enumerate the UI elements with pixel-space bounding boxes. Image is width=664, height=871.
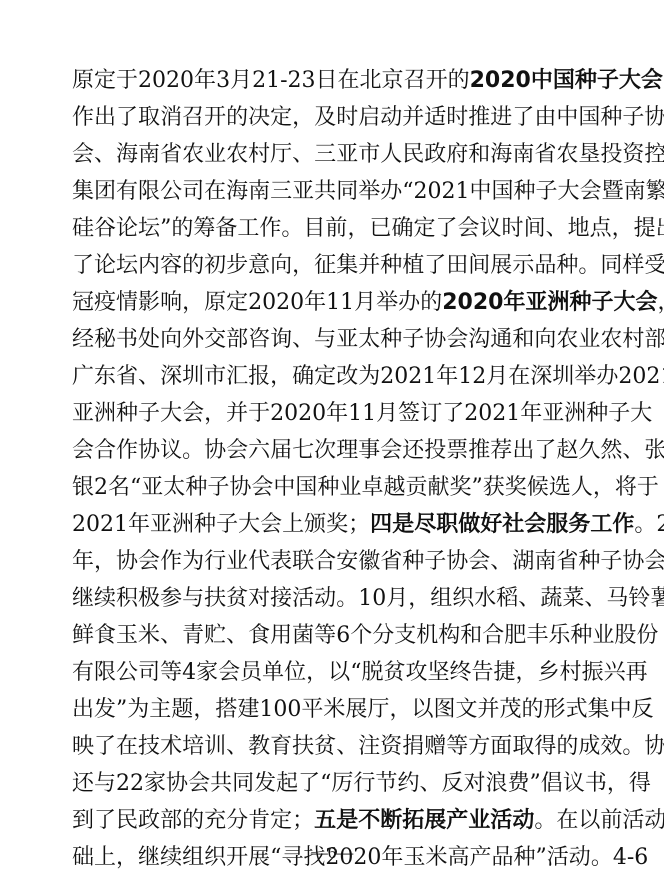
text-run: 中 bbox=[556, 99, 578, 136]
text-run: 出 bbox=[72, 691, 94, 728]
text-run: 种 bbox=[380, 321, 402, 358]
text-run: 南 bbox=[512, 136, 534, 173]
text-run: 在 bbox=[338, 62, 360, 99]
text-line: 鲜食玉米、青贮、食用菌等6个分支机构和合肥丰乐种业股份 bbox=[72, 617, 602, 654]
text-run: 间 bbox=[524, 210, 546, 247]
text-run: ， bbox=[607, 765, 629, 802]
text-run: 适 bbox=[424, 99, 446, 136]
text-run: 米 bbox=[323, 691, 345, 728]
text-run: 协 bbox=[446, 543, 468, 580]
text-run: 洲 bbox=[564, 395, 586, 432]
text-run: 水 bbox=[474, 580, 496, 617]
text-run: 文 bbox=[455, 691, 477, 728]
text-run: 份 bbox=[636, 617, 658, 654]
text-run: 组 bbox=[430, 580, 452, 617]
text-run: 种 bbox=[317, 469, 339, 506]
text-run: 南 bbox=[624, 173, 646, 210]
text-run: 子 bbox=[138, 395, 160, 432]
text-run: 。 bbox=[622, 728, 644, 765]
text-run: 向 bbox=[270, 247, 292, 284]
text-run: 展 bbox=[345, 691, 367, 728]
text-run: 茂 bbox=[500, 691, 522, 728]
text-run: 对 bbox=[464, 765, 486, 802]
text-run: 乐 bbox=[548, 617, 570, 654]
text-run: 于 bbox=[116, 62, 138, 99]
text-run: 协 bbox=[622, 543, 644, 580]
text-run: 京 bbox=[382, 62, 404, 99]
text-run: 种 bbox=[185, 469, 207, 506]
bold-text-run: 中 bbox=[531, 62, 553, 99]
text-run: 贮 bbox=[204, 617, 226, 654]
text-run: 初 bbox=[204, 247, 226, 284]
text-run: 确 bbox=[391, 210, 413, 247]
text-run: 了 bbox=[534, 432, 556, 469]
text-run: 告 bbox=[472, 654, 494, 691]
text-run: 集 bbox=[72, 173, 94, 210]
bold-text-run: 会 bbox=[641, 62, 663, 99]
text-run: 会 bbox=[182, 395, 204, 432]
text-run: 等 bbox=[446, 728, 468, 765]
text-run: 续 bbox=[94, 580, 116, 617]
text-run: 2021 bbox=[72, 506, 128, 543]
text-run: 公 bbox=[160, 173, 182, 210]
text-run: 、 bbox=[518, 580, 540, 617]
text-run: 定 bbox=[270, 99, 292, 136]
text-run: 司 bbox=[182, 173, 204, 210]
text-run: 育 bbox=[270, 728, 292, 765]
text-run: 疫 bbox=[94, 284, 116, 321]
bold-text-run: 职 bbox=[436, 506, 458, 543]
text-run: 论 bbox=[116, 210, 138, 247]
text-run: 作 bbox=[160, 543, 182, 580]
text-run: 报 bbox=[248, 358, 270, 395]
text-run: 七 bbox=[292, 432, 314, 469]
text-run: 会 bbox=[644, 543, 664, 580]
text-run: 种 bbox=[600, 99, 622, 136]
text-run: 取 bbox=[138, 99, 160, 136]
text-run: 动 bbox=[644, 802, 664, 839]
text-run: 协 bbox=[166, 765, 188, 802]
text-run: 洲 bbox=[94, 395, 116, 432]
text-run: 情 bbox=[116, 284, 138, 321]
text-run: 赵 bbox=[556, 432, 578, 469]
text-run: 厉 bbox=[331, 765, 353, 802]
text-run: 为 bbox=[182, 543, 204, 580]
bold-text-run: 四 bbox=[370, 506, 392, 543]
text-run: 南 bbox=[248, 173, 270, 210]
text-run: 薯 bbox=[650, 580, 664, 617]
text-run: 了 bbox=[116, 99, 138, 136]
text-run: 颁 bbox=[304, 506, 326, 543]
text-run: 农 bbox=[182, 136, 204, 173]
text-run: 协 bbox=[138, 432, 160, 469]
text-run: 子 bbox=[600, 543, 622, 580]
text-run: 到 bbox=[72, 802, 94, 839]
text-run: 市 bbox=[358, 136, 380, 173]
text-run: 2020 bbox=[270, 395, 326, 432]
text-run: 了 bbox=[442, 395, 464, 432]
text-run: 家 bbox=[144, 765, 166, 802]
text-run: 子 bbox=[536, 173, 558, 210]
text-run: 并 bbox=[226, 395, 248, 432]
text-run: 机 bbox=[416, 617, 438, 654]
text-run: 亚 bbox=[336, 321, 358, 358]
text-run: 农 bbox=[226, 136, 248, 173]
text-run: 于 bbox=[248, 395, 270, 432]
text-run: 和 bbox=[460, 617, 482, 654]
bold-text-run: 大 bbox=[619, 62, 641, 99]
bold-text-run: 大 bbox=[614, 284, 636, 321]
text-run: 的 bbox=[556, 728, 578, 765]
text-run: 乡 bbox=[538, 654, 560, 691]
text-run: ， bbox=[516, 654, 538, 691]
text-run: 2 bbox=[94, 469, 108, 506]
text-run: 限 bbox=[94, 654, 116, 691]
text-run: 暨 bbox=[602, 173, 624, 210]
text-run: 湖 bbox=[512, 543, 534, 580]
text-run: 人 bbox=[380, 136, 402, 173]
text-run: 三 bbox=[314, 136, 336, 173]
text-run: 中 bbox=[273, 469, 295, 506]
text-run: 肥 bbox=[504, 617, 526, 654]
text-run: 品 bbox=[534, 247, 556, 284]
text-run: 改 bbox=[336, 358, 358, 395]
text-run: 意 bbox=[248, 247, 270, 284]
text-run: ” bbox=[116, 691, 127, 728]
text-run: 已 bbox=[369, 210, 391, 247]
text-run: 沟 bbox=[468, 321, 490, 358]
text-run: 农 bbox=[556, 136, 578, 173]
text-run: 种 bbox=[402, 543, 424, 580]
text-run: 充 bbox=[204, 802, 226, 839]
text-run: 、 bbox=[138, 358, 160, 395]
text-run: 目 bbox=[303, 210, 325, 247]
text-run: ， bbox=[347, 210, 369, 247]
text-run: 还 bbox=[402, 432, 424, 469]
text-run: 洲 bbox=[172, 506, 194, 543]
bold-text-run: 洲 bbox=[547, 284, 569, 321]
text-run: 向 bbox=[160, 321, 182, 358]
text-run: 种 bbox=[578, 543, 600, 580]
text-run: 业 bbox=[204, 136, 226, 173]
text-run: ； bbox=[292, 802, 314, 839]
text-run: 的 bbox=[420, 284, 442, 321]
text-run: 21-23 bbox=[252, 62, 315, 99]
bold-text-run: 断 bbox=[380, 802, 402, 839]
text-run: 通 bbox=[490, 321, 512, 358]
text-run: 在 bbox=[116, 728, 138, 765]
text-run: 协 bbox=[116, 543, 138, 580]
text-run: 再 bbox=[626, 654, 648, 691]
text-run: 亚 bbox=[336, 136, 358, 173]
text-run: 平 bbox=[301, 691, 323, 728]
text-run: 10 bbox=[358, 580, 386, 617]
text-run: 子 bbox=[622, 99, 644, 136]
text-run: 太 bbox=[358, 321, 380, 358]
text-run: 获 bbox=[483, 469, 505, 506]
text-run: 府 bbox=[446, 136, 468, 173]
text-run: 了 bbox=[72, 247, 94, 284]
text-run: 司 bbox=[138, 654, 160, 691]
text-run: 政 bbox=[138, 802, 160, 839]
text-run: 票 bbox=[446, 432, 468, 469]
text-run: 安 bbox=[336, 543, 358, 580]
text-run: 圳 bbox=[552, 358, 574, 395]
text-run: 原 bbox=[72, 62, 94, 99]
text-run: 工 bbox=[237, 210, 259, 247]
text-run: 时 bbox=[502, 210, 524, 247]
text-run: 间 bbox=[468, 247, 490, 284]
text-run: 海 bbox=[226, 173, 248, 210]
text-run: 三 bbox=[270, 173, 292, 210]
text-run: 为 bbox=[127, 691, 149, 728]
text-run: 得 bbox=[534, 728, 556, 765]
bold-text-run: 服 bbox=[546, 506, 568, 543]
text-run: 取 bbox=[512, 728, 534, 765]
text-run: 了 bbox=[512, 99, 534, 136]
text-run: 越 bbox=[383, 469, 405, 506]
text-run: 技 bbox=[138, 728, 160, 765]
text-run: 起 bbox=[276, 765, 298, 802]
text-run: 广 bbox=[72, 358, 94, 395]
text-run: 订 bbox=[420, 395, 442, 432]
text-run: 、 bbox=[419, 765, 441, 802]
text-run: 定 bbox=[94, 62, 116, 99]
text-run: 出 bbox=[656, 210, 664, 247]
text-run: 行 bbox=[353, 765, 375, 802]
text-run: 进 bbox=[490, 99, 512, 136]
text-run: 6 bbox=[336, 617, 350, 654]
text-run: 协 bbox=[644, 728, 664, 765]
text-run: 月 bbox=[230, 62, 252, 99]
text-run: 2021 bbox=[464, 395, 520, 432]
text-run: 开 bbox=[204, 99, 226, 136]
text-run: 谷 bbox=[94, 210, 116, 247]
bold-text-run: 年 bbox=[503, 284, 525, 321]
text-run: ， bbox=[193, 691, 215, 728]
text-run: 地 bbox=[568, 210, 590, 247]
text-run: 市 bbox=[204, 358, 226, 395]
text-run: 面 bbox=[490, 728, 512, 765]
text-run: 以 bbox=[411, 691, 433, 728]
text-run: 将 bbox=[615, 469, 637, 506]
text-run: 确 bbox=[292, 358, 314, 395]
text-run: 秘 bbox=[94, 321, 116, 358]
text-run: 签 bbox=[398, 395, 420, 432]
text-line: 会、海南省农业农村厅、三亚市人民政府和海南省农垦投资控股 bbox=[72, 136, 602, 173]
bold-text-run: 尽 bbox=[414, 506, 436, 543]
text-run: 映 bbox=[72, 728, 94, 765]
text-run: 荐 bbox=[490, 432, 512, 469]
text-run: 并 bbox=[358, 247, 380, 284]
text-run: 备 bbox=[215, 210, 237, 247]
text-run: 构 bbox=[438, 617, 460, 654]
text-run: 植 bbox=[402, 247, 424, 284]
text-run: 奖 bbox=[326, 506, 348, 543]
text-run: 受 bbox=[644, 247, 664, 284]
text-run: 定 bbox=[226, 284, 248, 321]
text-run: 子 bbox=[402, 321, 424, 358]
text-run: 团 bbox=[94, 173, 116, 210]
text-line: 2021年亚洲种子大会上颁奖；四是尽职做好社会服务工作。2020 bbox=[72, 506, 602, 543]
text-run: 员 bbox=[240, 654, 262, 691]
text-run: “ bbox=[402, 173, 413, 210]
text-run: 蔬 bbox=[540, 580, 562, 617]
text-run: 村 bbox=[560, 654, 582, 691]
text-run: 种 bbox=[116, 395, 138, 432]
text-run: 议 bbox=[160, 432, 182, 469]
text-run: 扶 bbox=[204, 580, 226, 617]
text-run: 个 bbox=[350, 617, 372, 654]
text-run: 会 bbox=[446, 321, 468, 358]
text-run: 反 bbox=[441, 765, 463, 802]
text-run: 深 bbox=[160, 358, 182, 395]
text-run: 稻 bbox=[496, 580, 518, 617]
text-run: 的 bbox=[182, 802, 204, 839]
bold-text-run: 2020 bbox=[442, 284, 503, 321]
text-run: 赠 bbox=[424, 728, 446, 765]
text-run: 会 bbox=[580, 173, 602, 210]
text-run: 银 bbox=[72, 469, 94, 506]
text-run: 部 bbox=[160, 802, 182, 839]
text-run: 办 bbox=[380, 173, 402, 210]
text-run: 22 bbox=[116, 765, 144, 802]
text-run: 终 bbox=[450, 654, 472, 691]
text-run: 。 bbox=[182, 432, 204, 469]
text-run: 和 bbox=[468, 136, 490, 173]
bold-text-run: 五 bbox=[314, 802, 336, 839]
text-line: 有限公司等4家会员单位，以“脱贫攻坚终告捷，乡村振兴再 bbox=[72, 654, 602, 691]
text-run: 年 bbox=[436, 358, 458, 395]
text-run: 徽 bbox=[358, 543, 380, 580]
text-run: 12 bbox=[458, 358, 486, 395]
text-run: 于 bbox=[637, 469, 659, 506]
text-run: 。 bbox=[281, 210, 303, 247]
text-run: ， bbox=[593, 469, 615, 506]
text-run: 作 bbox=[259, 210, 281, 247]
text-run: 2020 bbox=[138, 62, 194, 99]
text-run: 响 bbox=[160, 284, 182, 321]
text-run: 会 bbox=[260, 506, 282, 543]
text-run: 厅 bbox=[367, 691, 389, 728]
text-run: 咨 bbox=[248, 321, 270, 358]
text-run: 为 bbox=[358, 358, 380, 395]
text-run: 理 bbox=[336, 432, 358, 469]
text-run: 原 bbox=[204, 284, 226, 321]
text-run: 省 bbox=[160, 136, 182, 173]
text-run: 农 bbox=[556, 321, 578, 358]
text-run: 中 bbox=[610, 691, 632, 728]
text-run: 的 bbox=[226, 99, 248, 136]
text-run: ” bbox=[530, 765, 541, 802]
text-run: 坛 bbox=[138, 210, 160, 247]
text-run: 举 bbox=[376, 284, 398, 321]
text-run: 国 bbox=[578, 99, 600, 136]
text-line: 年，协会作为行业代表联合安徽省种子协会、湖南省种子协会， bbox=[72, 543, 602, 580]
text-run: ， bbox=[182, 284, 204, 321]
bold-text-run: 子 bbox=[597, 62, 619, 99]
text-run: 会 bbox=[458, 210, 480, 247]
text-run: 。 bbox=[534, 802, 556, 839]
text-run: 发 bbox=[94, 691, 116, 728]
text-run: 2020 bbox=[248, 284, 304, 321]
text-run: 会 bbox=[468, 543, 490, 580]
text-run: 表 bbox=[270, 543, 292, 580]
text-run: 同 bbox=[232, 765, 254, 802]
text-run: 捐 bbox=[402, 728, 424, 765]
text-run: 事 bbox=[358, 432, 380, 469]
text-run: 合 bbox=[482, 617, 504, 654]
text-run: 股 bbox=[614, 617, 636, 654]
text-run: 了 bbox=[436, 210, 458, 247]
text-run: 示 bbox=[512, 247, 534, 284]
text-run: 并 bbox=[402, 99, 424, 136]
text-run: 月 bbox=[386, 580, 408, 617]
text-run: 经 bbox=[72, 321, 94, 358]
text-run: 贫 bbox=[226, 580, 248, 617]
text-run: 。 bbox=[336, 580, 358, 617]
text-run: 米 bbox=[138, 617, 160, 654]
text-run: 青 bbox=[182, 617, 204, 654]
text-run: 培 bbox=[182, 728, 204, 765]
text-run: 定 bbox=[270, 802, 292, 839]
text-run: 位 bbox=[284, 654, 306, 691]
text-run: 菌 bbox=[292, 617, 314, 654]
text-line: 出发”为主题，搭建100平米展厅，以图文并茂的形式集中反 bbox=[72, 691, 602, 728]
text-run: 、 bbox=[546, 210, 568, 247]
text-run: 2021 bbox=[618, 358, 664, 395]
text-run: 扶 bbox=[292, 728, 314, 765]
text-line: 冠疫情影响，原定2020年11月举办的2020年亚洲种子大会， bbox=[72, 284, 602, 321]
text-run: 会 bbox=[218, 654, 240, 691]
text-run: 贫 bbox=[383, 654, 405, 691]
bold-text-run: 作 bbox=[612, 506, 634, 543]
bold-text-run: 好 bbox=[480, 506, 502, 543]
bold-text-run: 社 bbox=[502, 506, 524, 543]
text-run: 控 bbox=[644, 136, 664, 173]
text-run: 子 bbox=[424, 543, 446, 580]
text-run: 协 bbox=[424, 321, 446, 358]
text-run: 接 bbox=[270, 580, 292, 617]
text-run: 决 bbox=[248, 99, 270, 136]
text-run: 大 bbox=[160, 395, 182, 432]
text-run: 业 bbox=[592, 617, 614, 654]
text-run: 国 bbox=[295, 469, 317, 506]
text-run: 会 bbox=[251, 469, 273, 506]
text-run: 的 bbox=[171, 210, 193, 247]
text-run: 作 bbox=[116, 432, 138, 469]
text-line: 银2名“亚太种子协会中国种业卓越贡献奖”获奖候选人，将于 bbox=[72, 469, 602, 506]
text-run: 月 bbox=[354, 284, 376, 321]
bold-text-run: 产 bbox=[446, 802, 468, 839]
text-line: 作出了取消召开的决定，及时启动并适时推进了由中国种子协 bbox=[72, 99, 602, 136]
text-run: 积 bbox=[116, 580, 138, 617]
text-run: 开 bbox=[426, 62, 448, 99]
text-run: 费 bbox=[508, 765, 530, 802]
text-run: 继 bbox=[72, 580, 94, 617]
bold-text-run: 是 bbox=[336, 802, 358, 839]
bold-text-run: 2020 bbox=[470, 62, 531, 99]
bold-text-run: 子 bbox=[592, 284, 614, 321]
text-run: 名 bbox=[108, 469, 130, 506]
text-run: 北 bbox=[360, 62, 382, 99]
text-run: 代 bbox=[248, 543, 270, 580]
text-run: 日 bbox=[316, 62, 338, 99]
text-run: 合 bbox=[94, 432, 116, 469]
text-run: 了 bbox=[94, 802, 116, 839]
text-run: 作 bbox=[72, 99, 94, 136]
bold-text-run: 不 bbox=[358, 802, 380, 839]
